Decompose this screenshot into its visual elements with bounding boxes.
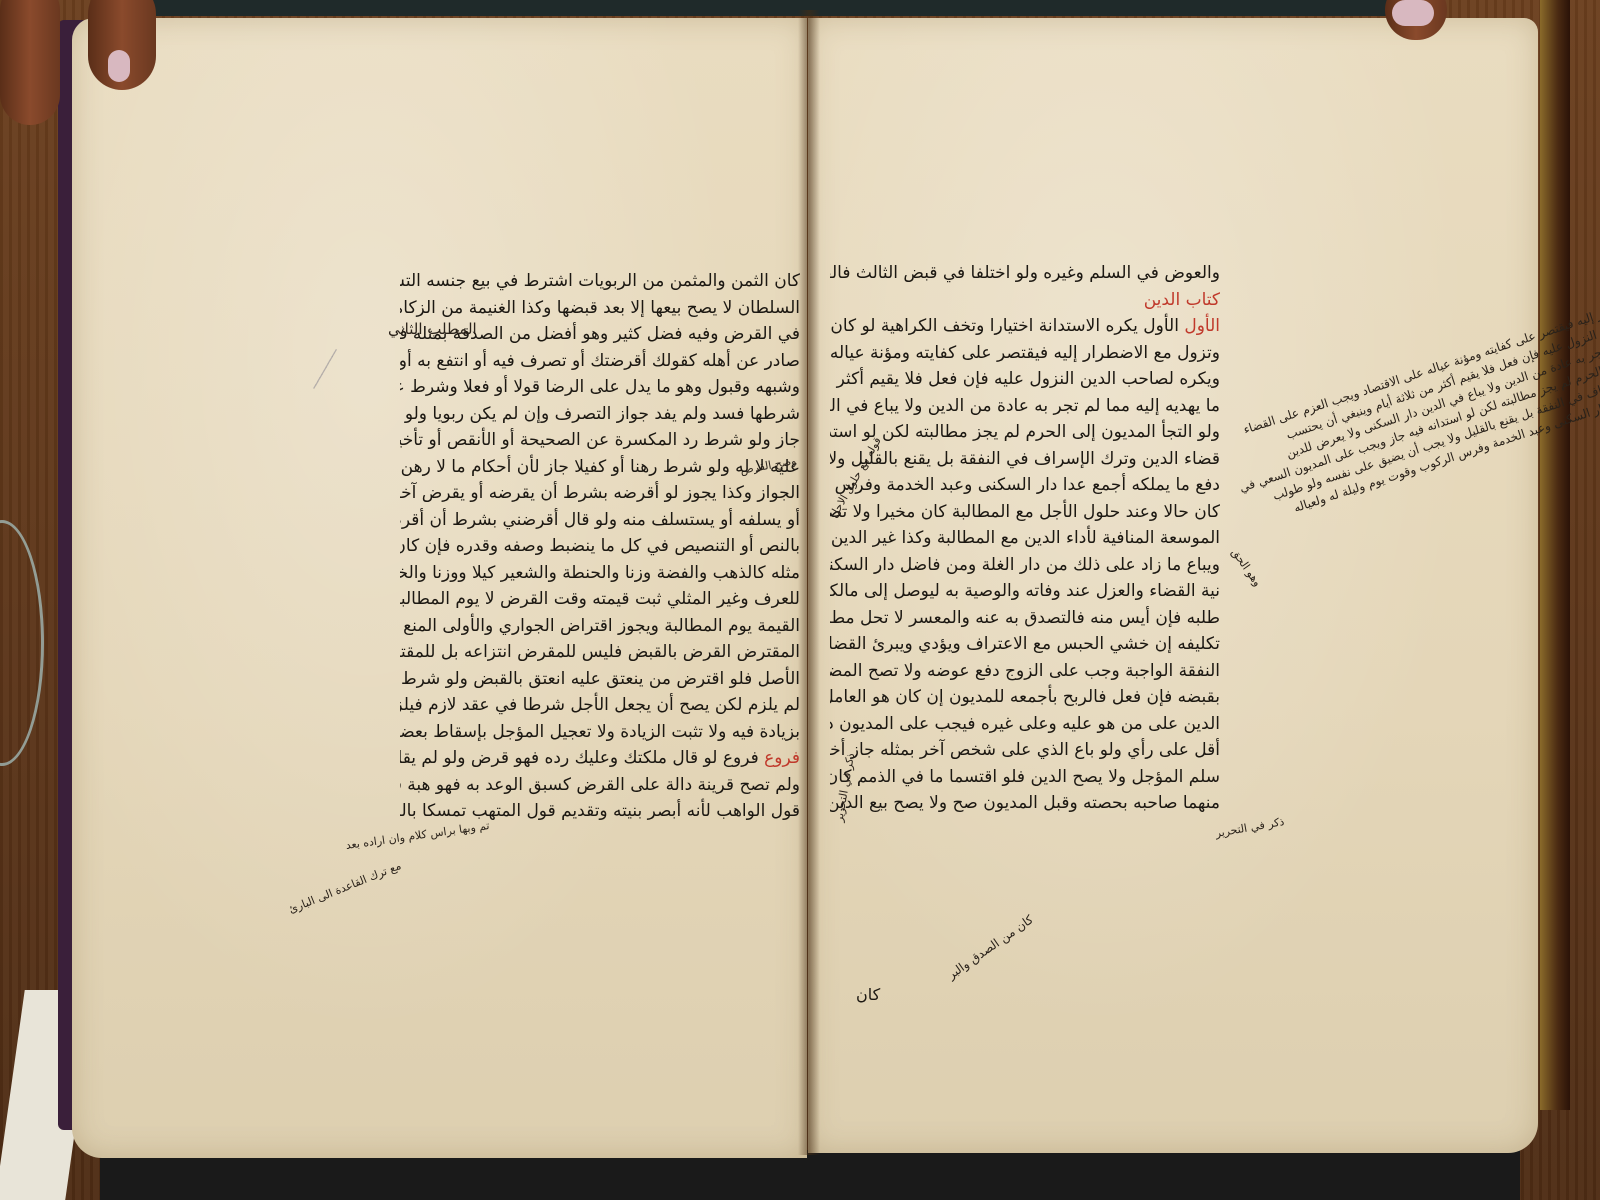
rubric-furu: فروع [764,748,800,768]
rubric-first: الأول [1184,316,1220,336]
text-line: القيمة يوم المطالبة ويجوز اقتراض الجواري… [400,613,800,640]
finger-left-1 [0,0,60,125]
text-line: الجواز وكذا يجوز لو أقرضه بشرط أن يقرضه … [400,480,800,507]
book-top-edge [150,0,1390,16]
text-line: فروع فروع لو قال ملكتك وعليك رده فهو قرض… [400,745,800,772]
catchword: كان [856,985,880,1004]
text-line: بقبضه فإن فعل فالربح بأجمعه للمديون إن ك… [830,684,1220,711]
text-line: بالنص أو التنصيص في كل ما ينضبط وصفه وقد… [400,533,800,560]
text-line: ويباع ما زاد على ذلك من دار الغلة ومن فا… [830,552,1220,579]
text-line: الأول الأول يكره الاستدانة اختيارا وتخف … [830,313,1220,340]
text-line: والعوض في السلم وغيره ولو اختلفا في قبض … [830,260,1220,287]
text-line: سلم المؤجل ولا يصح الدين فلو اقتسما ما ف… [830,764,1220,791]
text-line: كتاب الدين [830,287,1220,314]
fingernail [108,50,130,82]
text-line: جاز ولو شرط رد المكسرة عن الصحيحة أو الأ… [400,427,800,454]
text-line: طلبه فإن أيس منه فالتصدق به عنه والمعسر … [830,605,1220,632]
text-line: ولو التجأ المديون إلى الحرم لم يجز مطالب… [830,419,1220,446]
text-line: وشبهه وقبول وهو ما يدل على الرضا قولا أو… [400,374,800,401]
text-line: شرطها فسد ولم يفد جواز التصرف وإن لم يكن… [400,401,800,428]
rubric-second-section: المطلب الثاني [388,322,477,337]
text-line: كان حالا وعند حلول الأجل مع المطالبة كان… [830,499,1220,526]
book-cover-right [1540,0,1570,1110]
text-line: نية القضاء والعزل عند وفاته والوصية به ل… [830,578,1220,605]
text-line: للعرف وغير المثلي ثبت قيمته وقت القرض لا… [400,586,800,613]
text-line: أقل على رأي ولو باع الذي على شخص آخر بمث… [830,737,1220,764]
fingernail [1392,0,1434,26]
text-line: لم يلزم لكن يصح أن يجعل الأجل شرطا في عق… [400,692,800,719]
text-line: المقترض القرض بالقبض فليس للمقرض انتزاعه… [400,639,800,666]
text-line: دفع ما يملكه أجمع عدا دار السكنى وعبد ال… [830,472,1220,499]
text-line: ولم تصح قرينة دالة على القرض كسبق الوعد … [400,772,800,799]
text-line: الدين على من هو عليه وعلى غيره فيجب على … [830,711,1220,738]
text-line: منهما صاحبه بحصته وقبل المديون صح ولا يص… [830,790,1220,817]
text-line: النفقة الواجبة وجب على الزوج دفع عوضه ول… [830,658,1220,685]
rubric-kitab-al-dayn: كتاب الدين [1144,290,1220,310]
text-line: كان الثمن والمثمن من الربويات اشترط في ب… [400,268,800,295]
text-line: قول الواهب لأنه أبصر بنيته وتقديم قول ال… [400,798,800,825]
text-line: بزيادة فيه ولا تثبت الزيادة ولا تعجيل ال… [400,719,800,746]
left-page-text: كان الثمن والمثمن من الربويات اشترط في ب… [400,268,800,825]
book-gutter [798,10,820,1155]
text-line: الأصل فلو اقترض من ينعتق عليه انعتق بالق… [400,666,800,693]
text-line: مثله كالذهب والفضة وزنا والحنطة والشعير … [400,560,800,587]
text-line: الموسعة المنافية لأداء الدين مع المطالبة… [830,525,1220,552]
text-line: ما يهديه إليه مما لم تجر به عادة من الدي… [830,393,1220,420]
text-line: صادر عن أهله كقولك أقرضتك أو تصرف فيه أو… [400,348,800,375]
text-line: وتزول مع الاضطرار إليه فيقتصر على كفايته… [830,340,1220,367]
text-line: قضاء الدين وترك الإسراف في النفقة بل يقن… [830,446,1220,473]
right-page-text: والعوض في السلم وغيره ولو اختلفا في قبض … [830,260,1220,817]
text-line: أو يسلفه أو يستسلف منه ولو قال أقرضني بش… [400,507,800,534]
text-line: تكليفه إن خشي الحبس مع الاعتراف ويؤدي وي… [830,631,1220,658]
text-line: السلطان لا يصح بيعها إلا بعد قبضها وكذا … [400,295,800,322]
text-line: ويكره لصاحب الدين النزول عليه فإن فعل فل… [830,366,1220,393]
